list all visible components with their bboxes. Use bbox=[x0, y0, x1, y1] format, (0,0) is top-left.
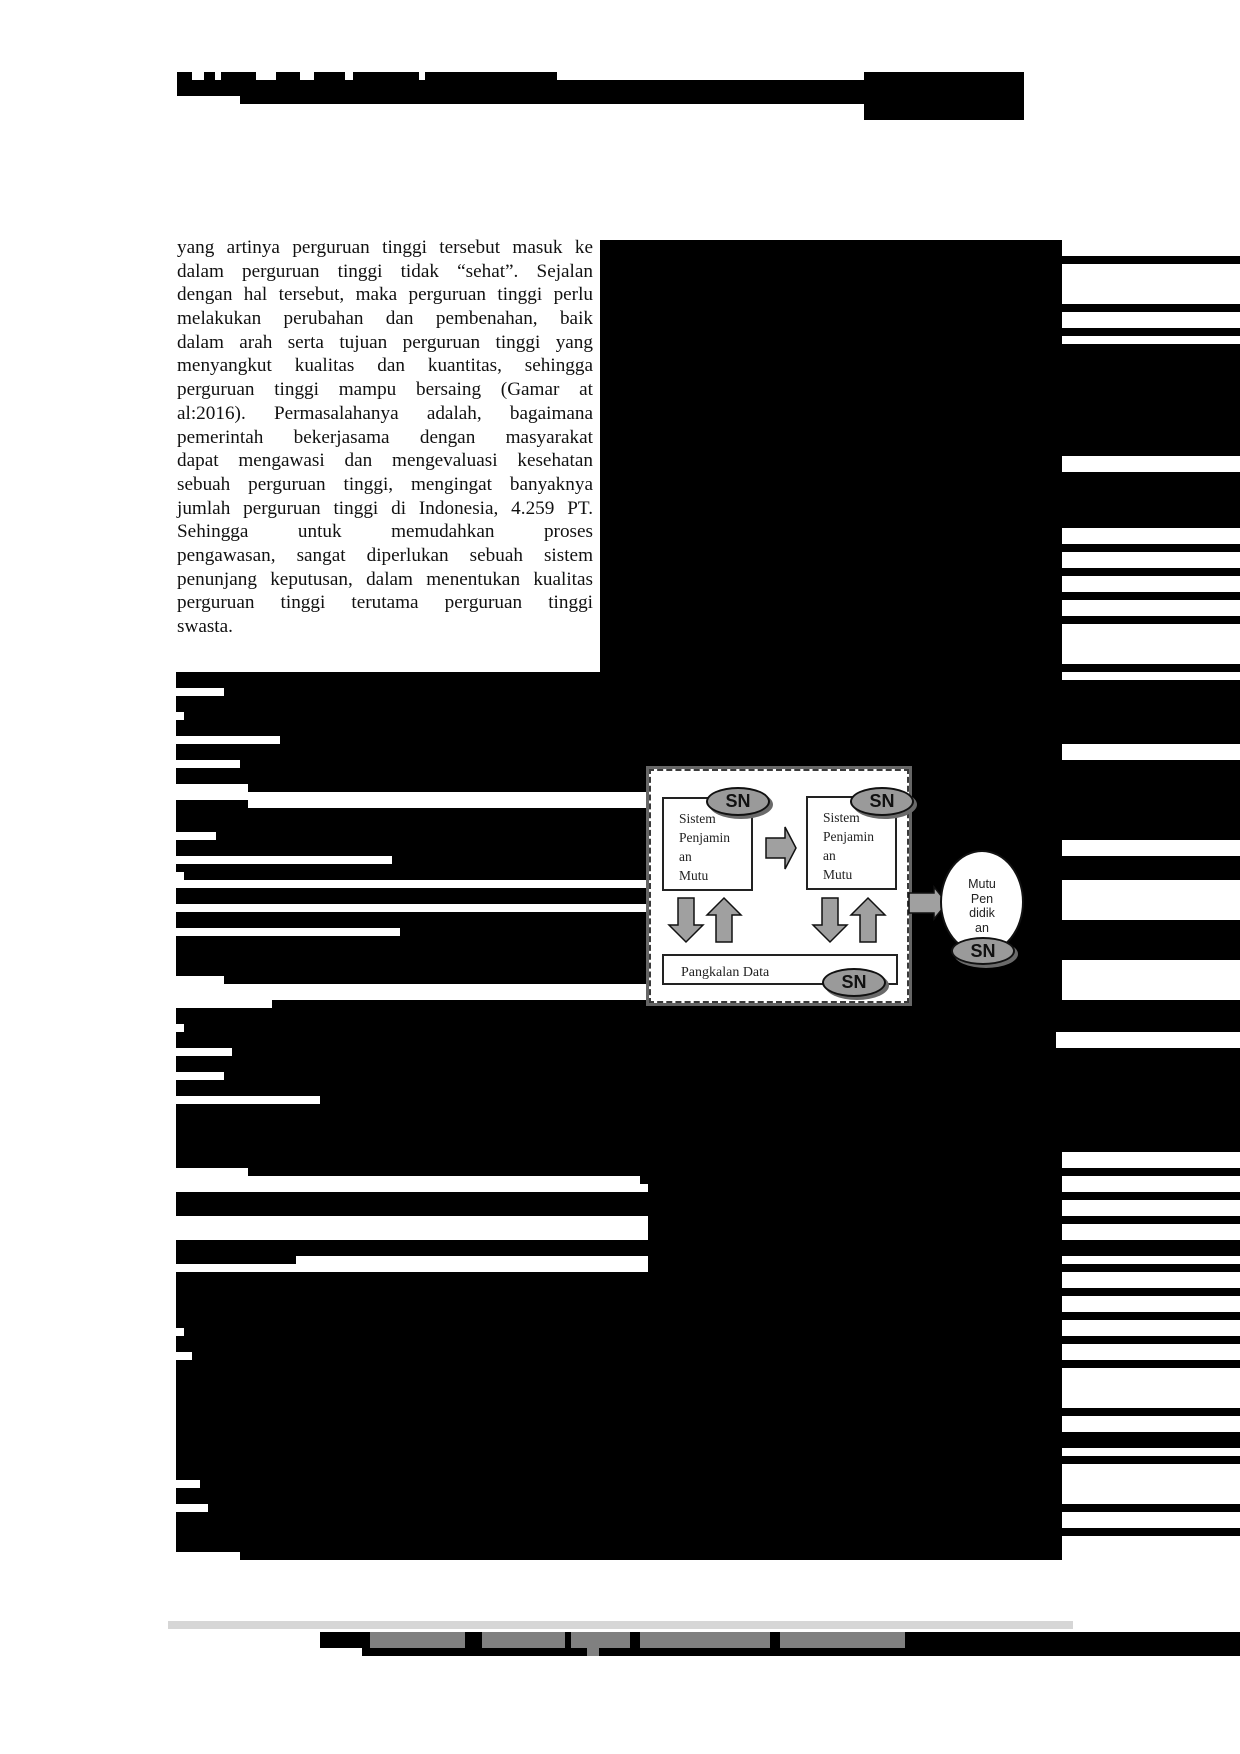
text-line: perguruan tinggi terutama perguruan ting… bbox=[177, 591, 593, 615]
text-line: melakukan perubahan dan pembenahan, baik bbox=[177, 307, 593, 331]
footer-redaction-text bbox=[370, 1632, 465, 1648]
text-line: dapat mengawasi dan mengevaluasi kesehat… bbox=[177, 449, 593, 473]
text-line: swasta. bbox=[177, 615, 593, 639]
text-line: perguruan tinggi mampu bersaing (Gamar a… bbox=[177, 378, 593, 402]
text-line: yang artinya perguruan tinggi tersebut m… bbox=[177, 236, 593, 260]
header-page-block bbox=[864, 72, 1024, 120]
text-line: pengawasan, sangat diperlukan sebuah sis… bbox=[177, 544, 593, 568]
text-line: Sehingga untuk memudahkan proses bbox=[177, 520, 593, 544]
redaction-right-column bbox=[600, 240, 1062, 1560]
footer-rule bbox=[168, 1621, 1073, 1629]
header-redaction-underline bbox=[240, 92, 870, 104]
text-line: sebuah perguruan tinggi, mengingat banya… bbox=[177, 473, 593, 497]
body-paragraph: yang artinya perguruan tinggi tersebut m… bbox=[177, 236, 593, 639]
text-line: pemerintah bekerjasama dengan masyarakat bbox=[177, 426, 593, 450]
text-line: penunjang keputusan, dalam menentukan ku… bbox=[177, 568, 593, 592]
header-redaction-bar-lower bbox=[177, 84, 217, 96]
text-line: menyangkut kualitas dan kuantitas, sehin… bbox=[177, 354, 593, 378]
text-line: al:2016). Permasalahanya adalah, bagaima… bbox=[177, 402, 593, 426]
text-line: dalam perguruan tinggi tidak “sehat”. Se… bbox=[177, 260, 593, 284]
text-line: dengan hal tersebut, maka perguruan ting… bbox=[177, 283, 593, 307]
text-line: jumlah perguruan tinggi di Indonesia, 4.… bbox=[177, 497, 593, 521]
text-line: dalam arah serta tujuan perguruan tinggi… bbox=[177, 331, 593, 355]
